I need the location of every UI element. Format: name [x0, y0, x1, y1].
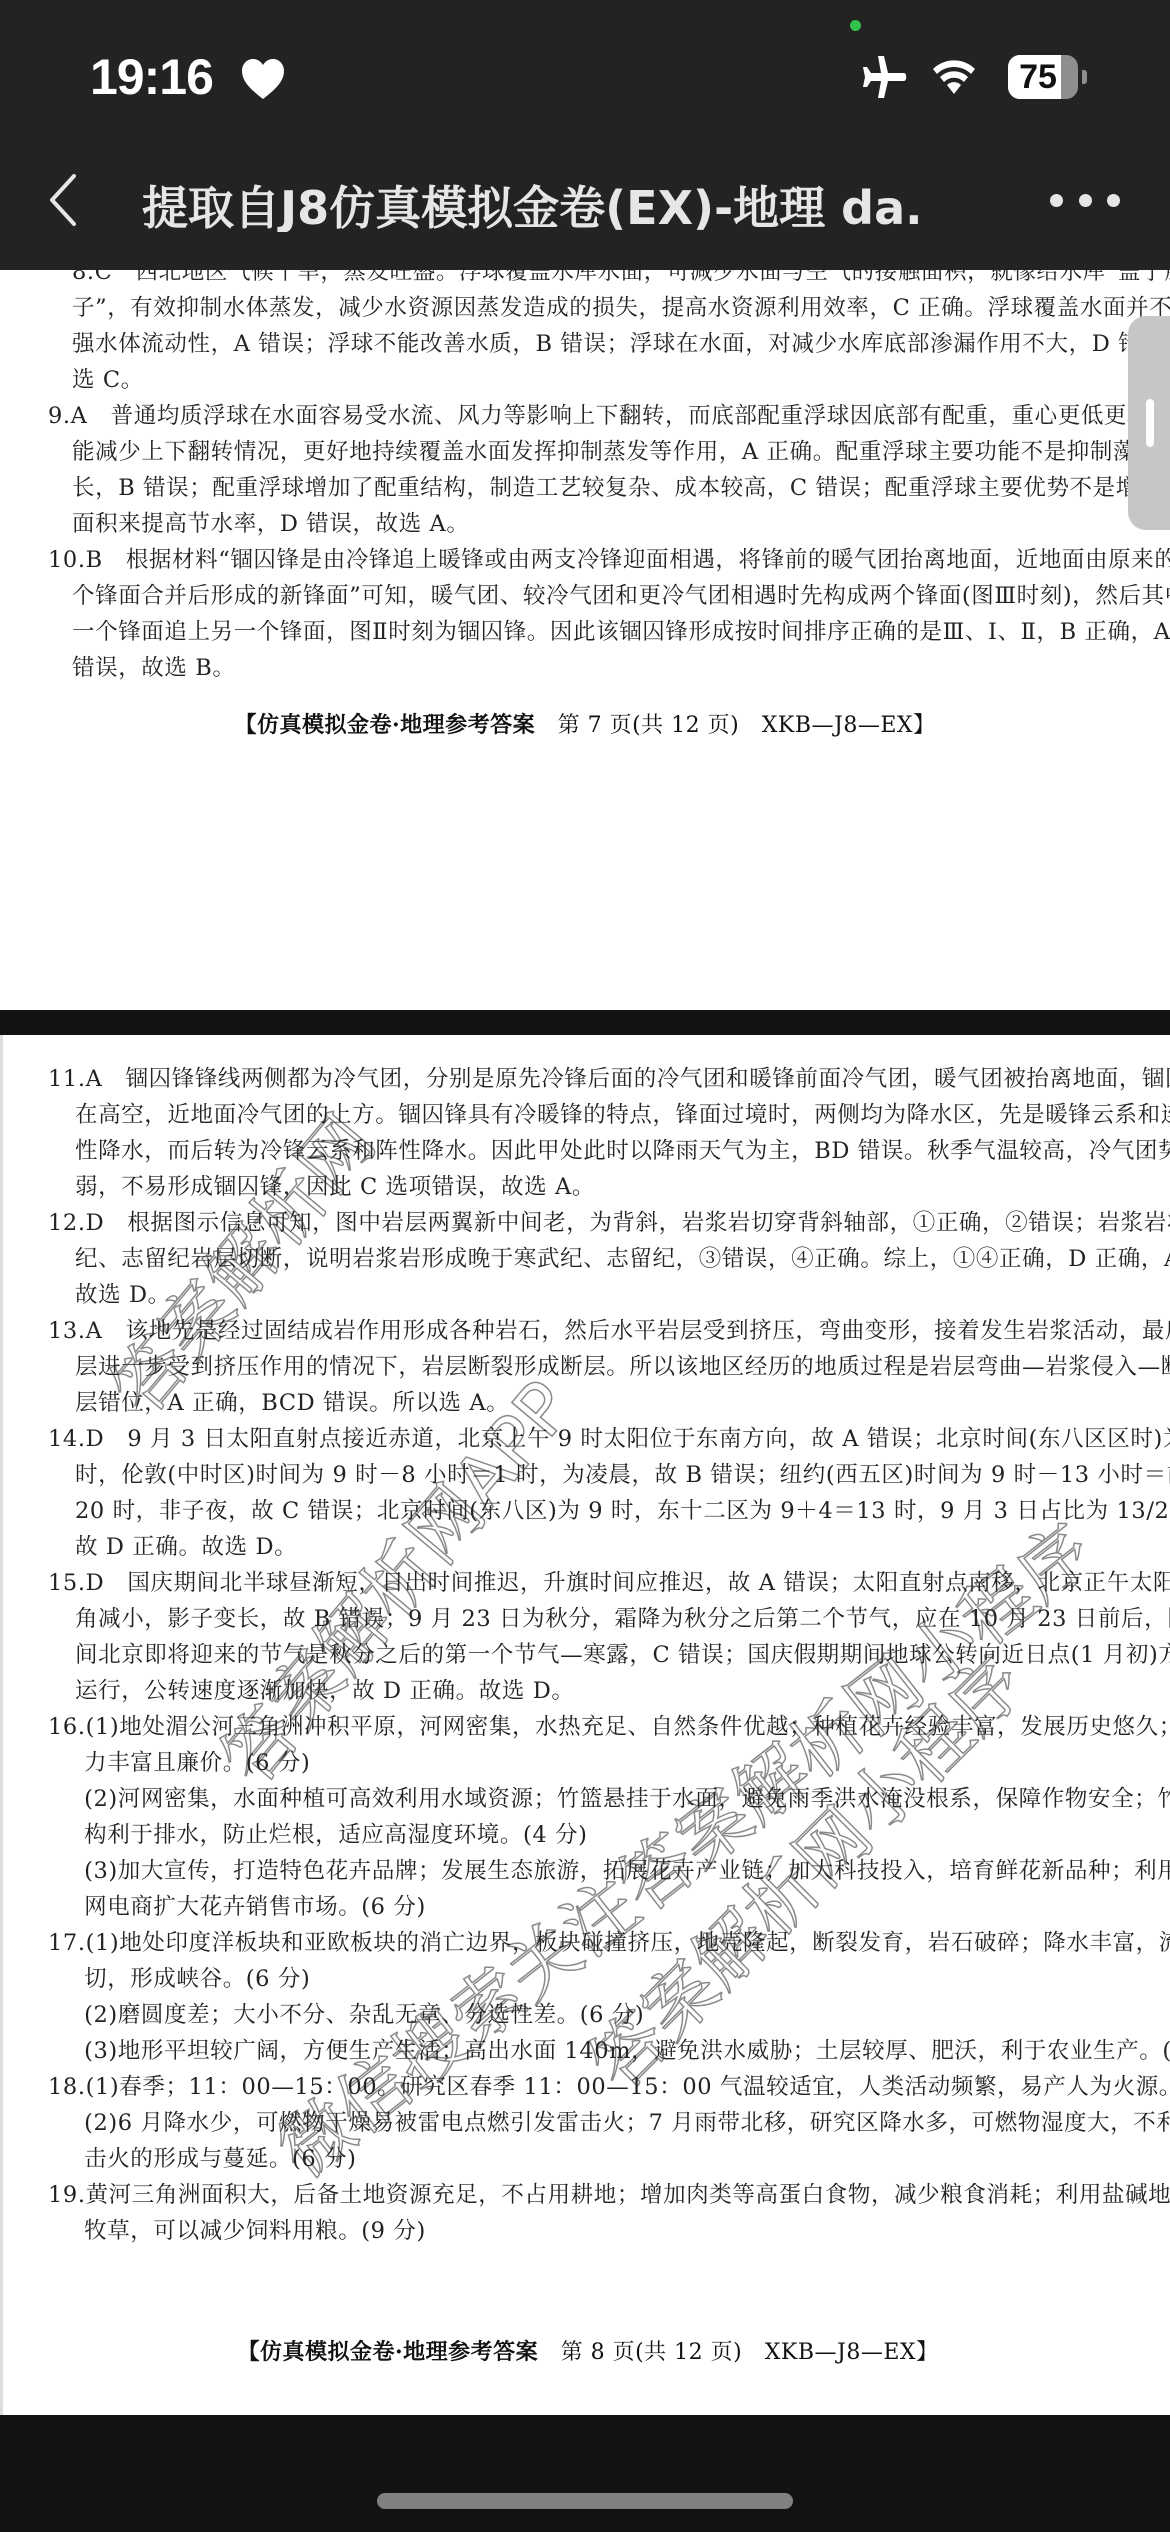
answer-line: 10.B 根据材料“锢囚锋是由冷锋追上暖锋或由两支冷锋迎面相遇，将锋前的暖气团抬… — [48, 542, 1098, 578]
answer-line: 14.D 9 月 3 日太阳直射点接近赤道，北京上午 9 时太阳位于东南方向，故… — [48, 1421, 1098, 1457]
answer-line: 11.A 锢囚锋锋线两侧都为冷气团，分别是原先冷锋后面的冷气团和暖锋前面冷气团，… — [48, 1061, 1098, 1097]
answer-line: 间北京即将迎来的节气是秋分之后的第一个节气—寒露，C 错误；国庆假期期间地球公转… — [75, 1637, 1125, 1673]
answer-line: 错误，故选 B。 — [72, 650, 1122, 686]
camera-indicator-icon — [850, 20, 861, 31]
status-bar: 19:16 75 — [0, 0, 1170, 130]
answer-line: 时，伦敦(中时区)时间为 9 时－8 小时＝1 时，为凌晨，故 B 错误；纽约(… — [75, 1457, 1125, 1493]
answer-line: 故 D 正确。故选 D。 — [75, 1529, 1125, 1565]
answer-line: 长，B 错误；配重浮球增加了配重结构，制造工艺较复杂、成本较高，C 错误；配重浮… — [72, 470, 1122, 506]
answer-line: 能减少上下翻转情况，更好地持续覆盖水面发挥抑制蒸发等作用，A 正确。配重浮球主要… — [72, 434, 1122, 470]
page-8: 11.A 锢囚锋锋线两侧都为冷气团，分别是原先冷锋后面的冷气团和暖锋前面冷气团，… — [0, 1035, 1170, 2415]
answer-line: 选 C。 — [72, 362, 1122, 398]
home-indicator[interactable] — [377, 2493, 793, 2509]
answer-line: 在高空，近地面冷气团的上方。锢囚锋具有冷暖锋的特点，锋面过境时，两侧均为降水区，… — [75, 1097, 1125, 1133]
answer-line: 切，形成峡谷。(6 分) — [61, 1961, 1111, 1997]
status-time: 19:16 — [90, 48, 213, 106]
answer-line: 性降水，而后转为冷锋云系和阵性降水。因此甲处此时以降雨天气为主，BD 错误。秋季… — [75, 1133, 1125, 1169]
heart-icon — [240, 58, 286, 100]
answer-line: 网电商扩大花卉销售市场。(6 分) — [61, 1889, 1111, 1925]
back-button[interactable] — [40, 170, 90, 230]
scroll-grip-icon — [1146, 399, 1154, 447]
answer-line: 层错位，A 正确，BCD 错误。所以选 A。 — [75, 1385, 1125, 1421]
ellipsis-icon — [1050, 194, 1063, 207]
answer-line: 构利于排水，防止烂根，适应高湿度环境。(4 分) — [61, 1817, 1111, 1853]
footer-title: 【仿真模拟金卷·地理参考答案 — [237, 2339, 538, 2365]
battery-icon: 75 — [1008, 55, 1078, 99]
answer-line: 运行，公转速度逐渐加快，故 D 正确。故选 D。 — [75, 1673, 1125, 1709]
answer-line: (2)6 月降水少，可燃物干燥易被雷电点燃引发雷击火；7 月雨带北移，研究区降水… — [61, 2105, 1111, 2141]
answer-line: 纪、志留纪岩层切断，说明岩浆岩形成晚于寒武纪、志留纪，③错误，④正确。综上，①④… — [75, 1241, 1125, 1277]
answer-line: 角减小，影子变长，故 B 错误；9 月 23 日为秋分，霜降为秋分之后第二个节气… — [75, 1601, 1125, 1637]
page-footer: 【仿真模拟金卷·地理参考答案 第 7 页(共 12 页) XKB—J8—EX】 — [0, 708, 1170, 739]
answer-line: 故选 D。 — [75, 1277, 1125, 1313]
answer-line: 强水体流动性，A 错误；浮球不能改善水质，B 错误；浮球在水面，对减少水库底部渗… — [72, 326, 1122, 362]
footer-title: 【仿真模拟金卷·地理参考答案 — [234, 712, 535, 738]
answer-line: (2)磨圆度差；大小不分、杂乱无章、分选性差。(6 分) — [61, 1997, 1111, 2033]
answer-line: (3)地形平坦较广阔，方便生产生活；高出水面 140m，避免洪水威胁；土层较厚、… — [61, 2033, 1111, 2069]
nav-bar: 提取自J8仿真模拟金卷(EX)-地理 da. — [0, 130, 1170, 270]
answer-line: 弱，不易形成锢囚锋，因此 C 选项错误，故选 A。 — [75, 1169, 1125, 1205]
answer-line: 13.A 该地先是经过固结成岩作用形成各种岩石，然后水平岩层受到挤压，弯曲变形，… — [48, 1313, 1098, 1349]
more-options-button[interactable] — [1050, 185, 1120, 215]
document-title: 提取自J8仿真模拟金卷(EX)-地理 da. — [142, 172, 982, 232]
answer-line: (2)河网密集，水面种植可高效利用水域资源；竹篮悬挂于水面，避免雨季洪水淹没根系… — [61, 1781, 1111, 1817]
answer-line: 15.D 国庆期间北半球昼渐短，日出时间推迟，升旗时间应推迟，故 A 错误；太阳… — [48, 1565, 1098, 1601]
answer-line: 个锋面合并后形成的新锋面”可知，暖气团、较冷气团和更冷气团相遇时先构成两个锋面(… — [72, 578, 1122, 614]
answer-line: 12.D 根据图示信息可知，图中岩层两翼新中间老，为背斜，岩浆岩切穿背斜轴部，①… — [48, 1205, 1098, 1241]
footer-page-info: 第 8 页(共 12 页) XKB—J8—EX】 — [538, 2340, 938, 2365]
answer-line: (3)加大宣传，打造特色花卉品牌；发展生态旅游，拓展花卉产业链；加大科技投入，培… — [61, 1853, 1111, 1889]
wifi-icon — [932, 56, 976, 96]
answer-line: 9.A 普通均质浮球在水面容易受水流、风力等影响上下翻转，而底部配重浮球因底部有… — [48, 398, 1098, 434]
answer-line: 面积来提高节水率，D 错误，故选 A。 — [72, 506, 1122, 542]
answer-line: 18.(1)春季；11：00—15：00。研究区春季 11：00—15：00 气… — [48, 2069, 1098, 2105]
answer-line: 16.(1)地处湄公河三角洲冲积平原，河网密集，水热充足、自然条件优越；种植花卉… — [48, 1709, 1098, 1745]
answer-line: 19.黄河三角洲面积大，后备土地资源充足，不占用耕地；增加肉类等高蛋白食物，减少… — [48, 2177, 1098, 2213]
document-viewer[interactable]: 8.C 西北地区气候干旱，蒸发旺盛。浮球覆盖水库水面，可减少水面与空气的接触面积… — [0, 270, 1170, 2420]
answer-line: 8.C 西北地区气候干旱，蒸发旺盛。浮球覆盖水库水面，可减少水面与空气的接触面积… — [72, 270, 1122, 290]
answer-line: 一个锋面追上另一个锋面，图Ⅱ时刻为锢囚锋。因此该锢囚锋形成按时间排序正确的是Ⅲ、… — [72, 614, 1122, 650]
answer-line: 17.(1)地处印度洋板块和亚欧板块的消亡边界，板块碰撞挤压，地壳隆起，断裂发育… — [48, 1925, 1098, 1961]
airplane-mode-icon — [858, 52, 908, 102]
scroll-handle[interactable] — [1128, 316, 1170, 530]
answer-line: 力丰富且廉价。(6 分) — [61, 1745, 1111, 1781]
answer-line: 子”，有效抑制水体蒸发，减少水资源因蒸发造成的损失，提高水资源利用效率，C 正确… — [72, 290, 1122, 326]
page-footer: 【仿真模拟金卷·地理参考答案 第 8 页(共 12 页) XKB—J8—EX】 — [3, 2335, 1170, 2366]
footer-page-info: 第 7 页(共 12 页) XKB—J8—EX】 — [535, 713, 935, 738]
answer-line: 层进一步受到挤压作用的情况下，岩层断裂形成断层。所以该地区经历的地质过程是岩层弯… — [75, 1349, 1125, 1385]
answer-line: 击火的形成与蔓延。(6 分) — [61, 2141, 1111, 2177]
answer-line: 牧草，可以减少饲料用粮。(9 分) — [61, 2213, 1111, 2249]
answer-line: 20 时，非子夜，故 C 错误；北京时间(东八区)为 9 时，东十二区为 9＋4… — [75, 1493, 1125, 1529]
page-7: 8.C 西北地区气候干旱，蒸发旺盛。浮球覆盖水库水面，可减少水面与空气的接触面积… — [0, 270, 1170, 1010]
battery-level: 75 — [1008, 55, 1068, 99]
